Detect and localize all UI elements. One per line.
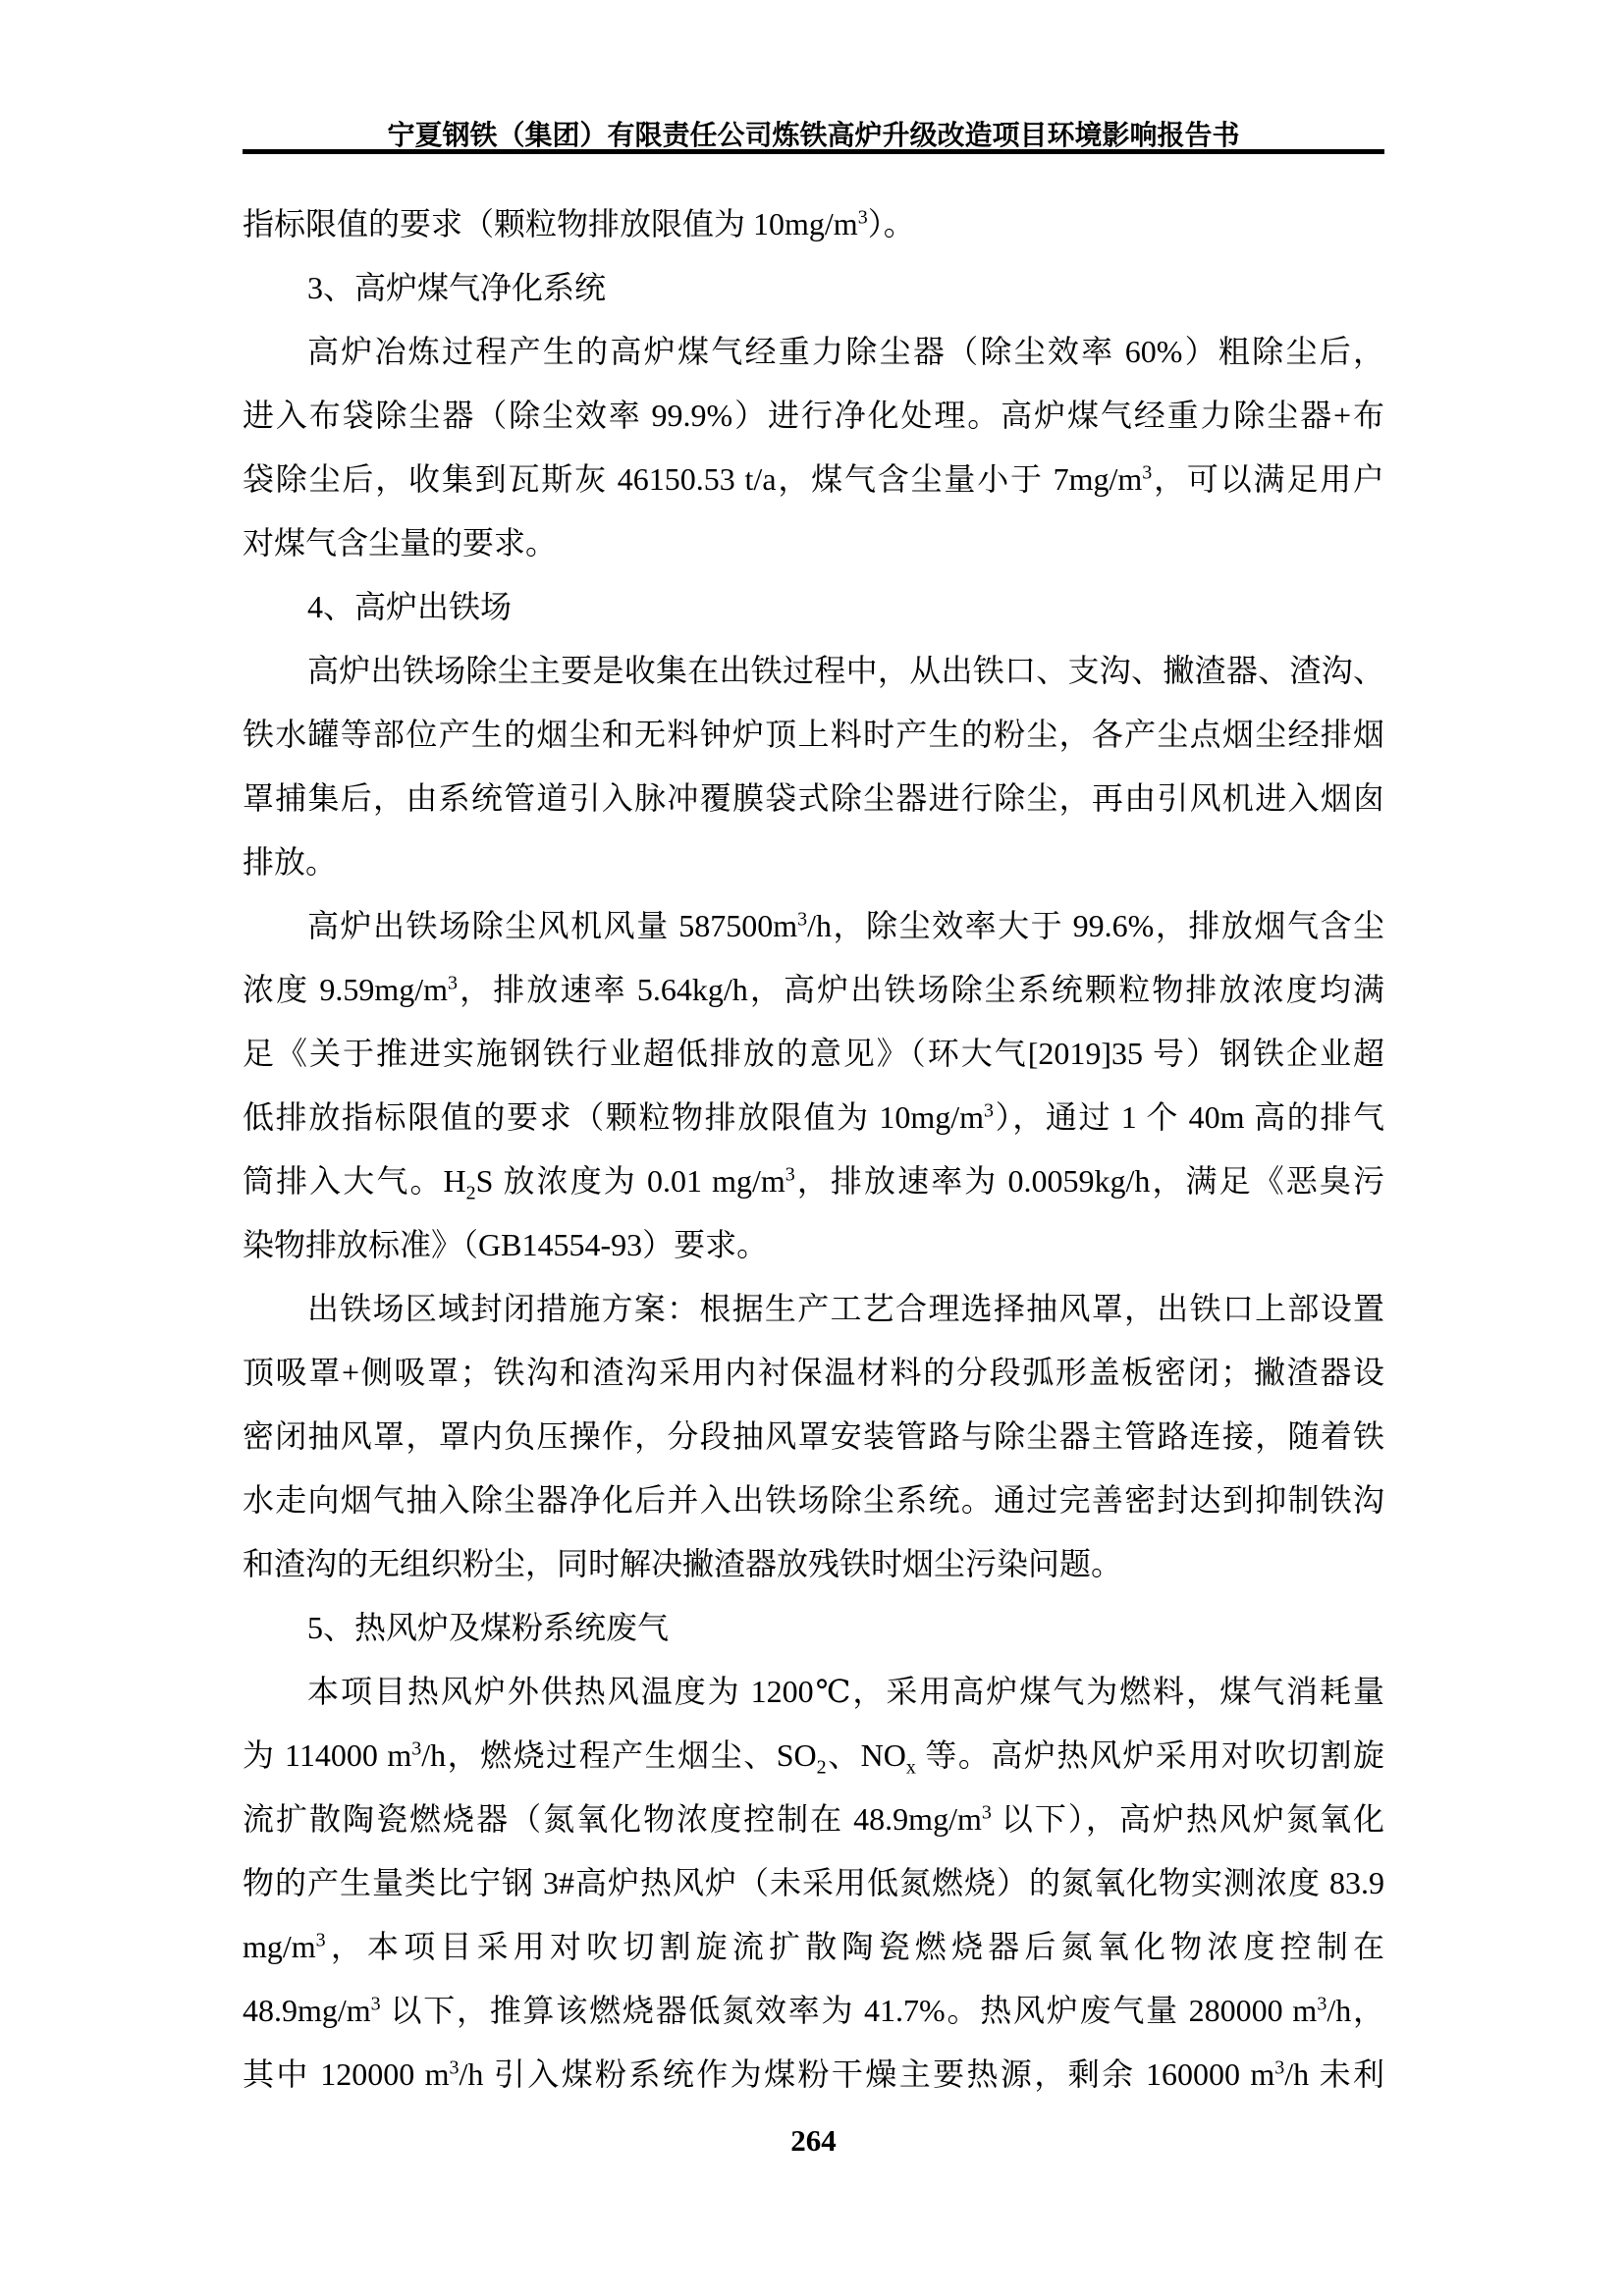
text-line: 进入布袋除尘器（除尘效率 99.9%）进行净化处理。高炉煤气经重力除尘器+布 bbox=[243, 384, 1384, 448]
text-line: 低排放指标限值的要求（颗粒物排放限值为 10mg/m3），通过 1 个 40m … bbox=[243, 1086, 1384, 1149]
text-line: 其中 120000 m3/h 引入煤粉系统作为煤粉干燥主要热源，剩余 16000… bbox=[243, 2043, 1384, 2107]
text-line: 和渣沟的无组织粉尘，同时解决撇渣器放残铁时烟尘污染问题。 bbox=[243, 1532, 1384, 1596]
text-line: 高炉冶炼过程产生的高炉煤气经重力除尘器（除尘效率 60%）粗除尘后， bbox=[243, 320, 1384, 384]
text-line: mg/m3，本项目采用对吹切割旋流扩散陶瓷燃烧器后氮氧化物浓度控制在 bbox=[243, 1915, 1384, 1979]
text-line: 水走向烟气抽入除尘器净化后并入出铁场除尘系统。通过完善密封达到抑制铁沟 bbox=[243, 1468, 1384, 1532]
text-line: 流扩散陶瓷燃烧器（氮氧化物浓度控制在 48.9mg/m3 以下），高炉热风炉氮氧… bbox=[243, 1788, 1384, 1851]
text-line: 物的产生量类比宁钢 3#高炉热风炉（未采用低氮燃烧）的氮氧化物实测浓度 83.9 bbox=[243, 1851, 1384, 1915]
document-body: 指标限值的要求（颗粒物排放限值为 10mg/m3）。3、高炉煤气净化系统高炉冶炼… bbox=[243, 192, 1384, 2107]
text-line: 高炉出铁场除尘风机风量 587500m3/h，除尘效率大于 99.6%，排放烟气… bbox=[243, 894, 1384, 958]
page-number: 264 bbox=[790, 2123, 837, 2158]
page-header-title: 宁夏钢铁（集团）有限责任公司炼铁高炉升级改造项目环境影响报告书 bbox=[243, 114, 1384, 153]
text-line: 对煤气含尘量的要求。 bbox=[243, 511, 1384, 575]
text-line: 密闭抽风罩，罩内负压操作，分段抽风罩安装管路与除尘器主管路连接，随着铁 bbox=[243, 1405, 1384, 1468]
page-footer: 264 bbox=[243, 2123, 1384, 2159]
header-rule bbox=[243, 149, 1384, 154]
text-line: 足《关于推进实施钢铁行业超低排放的意见》（环大气[2019]35 号）钢铁企业超 bbox=[243, 1022, 1384, 1086]
text-line: 为 114000 m3/h，燃烧过程产生烟尘、SO2、NOx 等。高炉热风炉采用… bbox=[243, 1724, 1384, 1788]
text-line: 5、热风炉及煤粉系统废气 bbox=[243, 1596, 1384, 1660]
text-line: 出铁场区域封闭措施方案：根据生产工艺合理选择抽风罩，出铁口上部设置 bbox=[243, 1277, 1384, 1341]
text-line: 罩捕集后，由系统管道引入脉冲覆膜袋式除尘器进行除尘，再由引风机进入烟囱 bbox=[243, 767, 1384, 830]
text-line: 高炉出铁场除尘主要是收集在出铁过程中，从出铁口、支沟、撇渣器、渣沟、 bbox=[243, 639, 1384, 703]
text-line: 顶吸罩+侧吸罩；铁沟和渣沟采用内衬保温材料的分段弧形盖板密闭；撇渣器设 bbox=[243, 1341, 1384, 1405]
text-line: 袋除尘后，收集到瓦斯灰 46150.53 t/a，煤气含尘量小于 7mg/m3，… bbox=[243, 448, 1384, 511]
text-line: 排放。 bbox=[243, 830, 1384, 894]
text-line: 3、高炉煤气净化系统 bbox=[243, 256, 1384, 320]
text-line: 染物排放标准》（GB14554-93）要求。 bbox=[243, 1213, 1384, 1277]
text-line: 48.9mg/m3 以下，推算该燃烧器低氮效率为 41.7%。热风炉废气量 28… bbox=[243, 1979, 1384, 2043]
text-line: 指标限值的要求（颗粒物排放限值为 10mg/m3）。 bbox=[243, 192, 1384, 256]
text-line: 4、高炉出铁场 bbox=[243, 575, 1384, 639]
text-line: 筒排入大气。H2S 放浓度为 0.01 mg/m3，排放速率为 0.0059kg… bbox=[243, 1149, 1384, 1213]
text-line: 浓度 9.59mg/m3，排放速率 5.64kg/h，高炉出铁场除尘系统颗粒物排… bbox=[243, 958, 1384, 1022]
text-line: 铁水罐等部位产生的烟尘和无料钟炉顶上料时产生的粉尘，各产尘点烟尘经排烟 bbox=[243, 703, 1384, 767]
document-page: 宁夏钢铁（集团）有限责任公司炼铁高炉升级改造项目环境影响报告书 指标限值的要求（… bbox=[0, 0, 1624, 2296]
text-line: 本项目热风炉外供热风温度为 1200℃，采用高炉煤气为燃料，煤气消耗量 bbox=[243, 1660, 1384, 1724]
